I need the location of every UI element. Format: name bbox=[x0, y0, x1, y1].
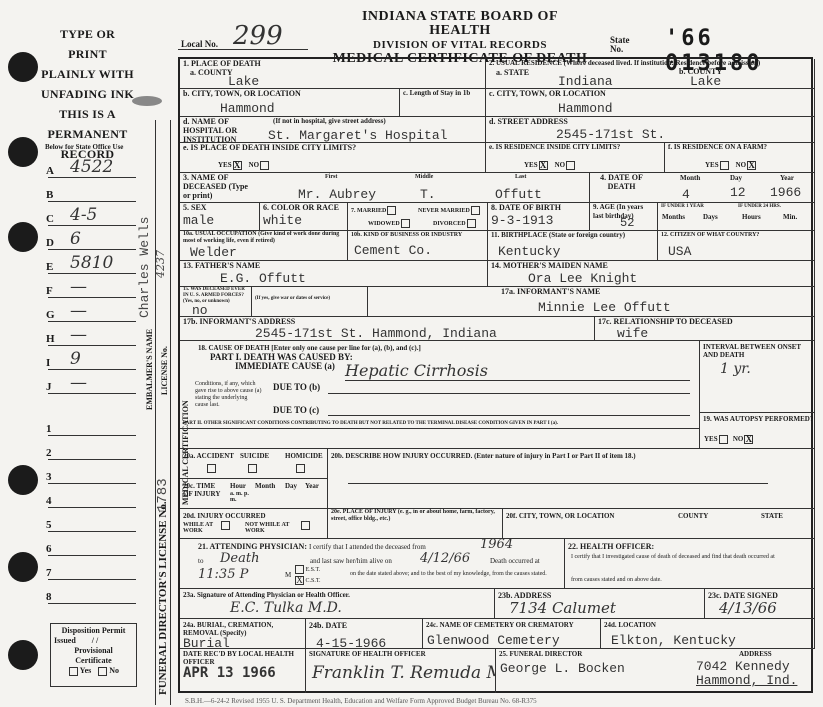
stub-divider bbox=[155, 120, 156, 705]
health-officer-signature-value: Franklin T. Remuda M.D. bbox=[312, 663, 496, 683]
stub-line-8[interactable]: 8 bbox=[48, 586, 136, 604]
date-received[interactable]: DATE REC'D BY LOCAL HEALTH OFFICER APR 1… bbox=[180, 649, 306, 693]
director-address-line1: 7042 Kennedy bbox=[696, 659, 790, 674]
occupation-value: Welder bbox=[190, 245, 237, 260]
accident-checkbox[interactable] bbox=[207, 464, 216, 473]
embalmer-license-label: LICENSE No. bbox=[160, 346, 169, 395]
homicide-checkbox[interactable] bbox=[296, 464, 305, 473]
due-to-b-line[interactable] bbox=[328, 393, 690, 394]
hospital-value: St. Margaret's Hospital bbox=[268, 128, 447, 143]
health-officer: 22. HEALTH OFFICER: I certify that I inv… bbox=[565, 539, 815, 589]
local-no-value: 299 bbox=[233, 21, 283, 51]
residence-city-value: Hammond bbox=[558, 101, 613, 116]
stub-line-g[interactable]: G— bbox=[48, 304, 136, 322]
embalmer-name-value: Charles Wells bbox=[137, 217, 152, 318]
informant-address[interactable]: 17b. INFORMANT'S ADDRESS 2545-171st St. … bbox=[180, 317, 595, 341]
cause-of-death: 18. CAUSE OF DEATH [Enter only one cause… bbox=[180, 341, 700, 429]
stub-line-e[interactable]: E5810 bbox=[48, 256, 136, 274]
industry-value: Cement Co. bbox=[354, 243, 432, 258]
age-value: 52 bbox=[620, 216, 634, 230]
last-saw-value[interactable]: 4/12/66 bbox=[420, 551, 470, 566]
residence-street[interactable]: d. STREET ADDRESS 2545-171st St. bbox=[486, 117, 815, 143]
instruction-line: UNFADING INK bbox=[40, 84, 135, 104]
divorced-checkbox[interactable] bbox=[467, 219, 476, 228]
issued-label: Issued bbox=[54, 636, 76, 645]
autopsy-yes-checkbox[interactable] bbox=[719, 435, 728, 444]
burial-method-value: Burial bbox=[183, 636, 230, 649]
death-day-value: 12 bbox=[730, 185, 746, 200]
issued-value[interactable]: / / bbox=[92, 636, 98, 645]
race-value: white bbox=[263, 213, 302, 228]
residence-state-value: Indiana bbox=[558, 74, 613, 89]
residence-state[interactable]: 2. USUAL RESIDENCE (Where deceased lived… bbox=[486, 59, 815, 89]
cemetery-value: Glenwood Cemetery bbox=[427, 633, 560, 648]
board-title: INDIANA STATE BOARD OF HEALTH bbox=[330, 10, 590, 38]
disposition-title: Disposition Permit bbox=[51, 626, 136, 636]
sex[interactable]: 5. SEX male bbox=[180, 203, 260, 231]
informant-name[interactable]: 17a. INFORMANT'S NAME Minnie Lee Offutt bbox=[368, 287, 815, 317]
stub-line-h[interactable]: H— bbox=[48, 328, 136, 346]
death-city-limits-yes-checkbox[interactable]: X bbox=[233, 161, 242, 170]
due-to-c-line[interactable] bbox=[328, 415, 690, 416]
death-certificate-form: 1. PLACE OF DEATH a. COUNTY Lake 2. USUA… bbox=[178, 57, 813, 693]
injury-type: 20a. ACCIDENT SUICIDE HOMICIDE bbox=[180, 449, 328, 479]
burial-date[interactable]: 24b. DATE 4-15-1966 bbox=[306, 619, 423, 649]
stub-line-j[interactable]: J— bbox=[48, 376, 136, 394]
local-no-label: Local No. bbox=[178, 40, 218, 49]
local-no: Local No. 299 bbox=[178, 28, 308, 50]
farm-yes-checkbox[interactable] bbox=[720, 161, 729, 170]
instruction-line: PLAINLY WITH bbox=[40, 64, 135, 84]
stub-line-2[interactable]: 2 bbox=[48, 442, 136, 460]
autopsy: 19. WAS AUTOPSY PERFORMED? YES NOX bbox=[700, 413, 815, 449]
residence-city[interactable]: c. CITY, TOWN, OR LOCATION Hammond bbox=[486, 89, 815, 117]
birthplace-value: Kentucky bbox=[498, 244, 560, 259]
provisional-yes-checkbox[interactable] bbox=[69, 667, 78, 676]
signature-value: E.C. Tulka M.D. bbox=[230, 600, 342, 616]
stub-line-4[interactable]: 4 bbox=[48, 490, 136, 508]
immediate-cause-value[interactable]: Hepatic Cirrhosis bbox=[345, 361, 690, 381]
death-year-value: 1966 bbox=[770, 185, 801, 200]
division-title: DIVISION OF VITAL RECORDS bbox=[330, 38, 590, 52]
punch-hole-icon bbox=[8, 465, 38, 495]
birthplace[interactable]: 11. BIRTHPLACE (State or foreign country… bbox=[488, 231, 658, 261]
father-value: E.G. Offutt bbox=[220, 271, 306, 286]
seal-icon bbox=[132, 96, 162, 106]
stub-line-a[interactable]: A4522 bbox=[48, 160, 136, 178]
state-no-label: State No. bbox=[610, 36, 640, 54]
director-address-line2: Hammond, Ind. bbox=[696, 673, 797, 688]
stub-line-i[interactable]: I9 bbox=[48, 352, 136, 370]
mother-value: Ora Lee Knight bbox=[528, 271, 637, 286]
instruction-line: THIS IS A bbox=[40, 104, 135, 124]
date-of-death[interactable]: 4. DATE OF DEATH Month Day Year 4 12 196… bbox=[590, 173, 815, 203]
burial-method[interactable]: 24a. BURIAL, CREMATION, REMOVAL (Specify… bbox=[180, 619, 306, 649]
injury-place[interactable]: 20e. PLACE OF INJURY (e. g., in or about… bbox=[328, 509, 503, 539]
citizenship[interactable]: 12. CITIZEN OF WHAT COUNTRY? USA bbox=[658, 231, 815, 261]
embalmer-license-value: 4237 bbox=[154, 250, 167, 278]
date-of-birth[interactable]: 8. DATE OF BIRTH 9-3-1913 bbox=[488, 203, 590, 231]
marital-status: 7. MARRIED NEVER MARRIED WIDOWED DIVORCE… bbox=[348, 203, 488, 231]
est-checkbox[interactable] bbox=[295, 565, 304, 574]
interval-value[interactable]: 1 yr. bbox=[720, 361, 751, 377]
death-month-value: 4 bbox=[682, 187, 690, 202]
attended-from-value[interactable]: 1964 bbox=[480, 539, 513, 552]
married-checkbox[interactable] bbox=[387, 206, 396, 215]
place-of-death-county[interactable]: 1. PLACE OF DEATH a. COUNTY Lake bbox=[180, 59, 486, 89]
age-under-one: IF UNDER 1 YEAR IF UNDER 24 HRS. Months … bbox=[658, 203, 815, 231]
father-name[interactable]: 13. FATHER'S NAME E.G. Offutt bbox=[180, 261, 488, 287]
last-name-value: Offutt bbox=[495, 187, 542, 202]
death-city-limits: e. IS PLACE OF DEATH INSIDE CITY LIMITS?… bbox=[180, 143, 486, 173]
punch-hole-icon bbox=[8, 552, 38, 582]
residence-city-limits-yes-checkbox[interactable]: X bbox=[539, 161, 548, 170]
punch-hole-icon bbox=[8, 137, 38, 167]
birth-value: 9-3-1913 bbox=[491, 213, 553, 228]
occupation[interactable]: 10a. USUAL OCCUPATION (Give kind of work… bbox=[180, 231, 348, 261]
stub-line-5[interactable]: 5 bbox=[48, 514, 136, 532]
provisional-no-checkbox[interactable] bbox=[98, 667, 107, 676]
stub-line-f[interactable]: F— bbox=[48, 280, 136, 298]
mother-maiden-name[interactable]: 14. MOTHER'S MAIDEN NAME Ora Lee Knight bbox=[488, 261, 815, 287]
hospital-name[interactable]: d. NAME OF HOSPITAL OR INSTITUTION (If n… bbox=[180, 117, 486, 143]
cemetery-location[interactable]: 24d. LOCATION Elkton, Kentucky bbox=[601, 619, 815, 649]
form-footer: S.B.H.—6-24-2 Revised 1955 U. S. Departm… bbox=[185, 697, 537, 705]
stub-line-3[interactable]: 3 bbox=[48, 466, 136, 484]
physician-address-value: 7134 Calumet bbox=[509, 599, 616, 617]
attending-physician: 21. ATTENDING PHYSICIAN: I certify that … bbox=[180, 539, 565, 589]
date-signed-value: 4/13/66 bbox=[719, 599, 777, 617]
attended-to-value[interactable]: Death bbox=[220, 551, 259, 566]
injury-time: 20c. TIME OF INJURY Hour a. m. p. m. Mon… bbox=[180, 479, 328, 509]
funeral-director-license-value: 1783 bbox=[155, 478, 171, 512]
instruction-line: PERMANENT bbox=[40, 124, 135, 144]
stub-line-b[interactable]: B bbox=[48, 184, 136, 202]
disposition-permit-box: Disposition Permit Issued / / Provisiona… bbox=[50, 623, 137, 687]
instruction-line: TYPE OR PRINT bbox=[40, 24, 135, 64]
sex-value: male bbox=[183, 213, 214, 228]
residence-city-limits: e. IS RESIDENCE INSIDE CITY LIMITS? YESX… bbox=[486, 143, 665, 173]
punch-hole-icon bbox=[8, 52, 38, 82]
stub-divider bbox=[170, 120, 171, 705]
funeral-director[interactable]: 25. FUNERAL DIRECTOR ADDRESS George L. B… bbox=[496, 649, 815, 693]
relationship[interactable]: 17c. RELATIONSHIP TO DECEASED wife bbox=[595, 317, 815, 341]
widowed-checkbox[interactable] bbox=[401, 219, 410, 228]
injury-location[interactable]: 20f. CITY, TOWN, OR LOCATION COUNTY STAT… bbox=[503, 509, 815, 539]
received-stamp: APR 13 1966 bbox=[183, 665, 276, 681]
armed-forces[interactable]: 15. WAS DECEASED EVER IN U. S. ARMED FOR… bbox=[180, 287, 252, 317]
interval-onset-death: INTERVAL BETWEEN ONSET AND DEATH 1 yr. bbox=[700, 341, 815, 413]
armed-forces-dates[interactable]: (If yes, give war or dates of service) bbox=[252, 287, 368, 317]
stub-line-d[interactable]: D6 bbox=[48, 232, 136, 250]
physician-address[interactable]: 23b. ADDRESS 7134 Calumet bbox=[495, 589, 705, 619]
physician-signature[interactable]: 23a. Signature of Attending Physician or… bbox=[180, 589, 495, 619]
farm-no-checkbox[interactable]: X bbox=[747, 161, 756, 170]
not-while-at-work-checkbox[interactable] bbox=[301, 521, 310, 530]
while-at-work-checkbox[interactable] bbox=[221, 521, 230, 530]
punch-hole-icon bbox=[8, 222, 38, 252]
stub-line-6[interactable]: 6 bbox=[48, 538, 136, 556]
death-city-limits-no-checkbox[interactable] bbox=[260, 161, 269, 170]
injury-at-work: 20d. INJURY OCCURRED WHILE AT WORK NOT W… bbox=[180, 509, 328, 539]
residence-city-limits-no-checkbox[interactable] bbox=[566, 161, 575, 170]
punch-hole-icon bbox=[8, 640, 38, 670]
informant-value: Minnie Lee Offutt bbox=[538, 300, 671, 315]
residence-county-value: Lake bbox=[690, 74, 721, 89]
autopsy-no-checkbox[interactable]: X bbox=[744, 435, 753, 444]
burial-date-value: 4-15-1966 bbox=[316, 636, 386, 649]
certificate-label: Certificate bbox=[51, 656, 136, 666]
race[interactable]: 6. COLOR OR RACE white bbox=[260, 203, 348, 231]
cemetery-name[interactable]: 24c. NAME OF CEMETERY OR CREMATORY Glenw… bbox=[423, 619, 601, 649]
residence-farm: f. IS RESIDENCE ON A FARM? YES NOX bbox=[665, 143, 815, 173]
funeral-director-value: George L. Bocken bbox=[500, 661, 625, 676]
never-married-checkbox[interactable] bbox=[471, 206, 480, 215]
relationship-value: wife bbox=[617, 326, 648, 341]
death-time-value[interactable]: 11:35 P bbox=[198, 567, 248, 582]
deceased-name[interactable]: 3. NAME OF DECEASED (Type or print) Firs… bbox=[180, 173, 590, 203]
provisional-label: Provisional bbox=[51, 646, 136, 656]
state-office-label: Below for State Office Use bbox=[45, 143, 123, 151]
middle-name-value: T. bbox=[420, 187, 436, 202]
injury-description[interactable]: 20b. DESCRIBE HOW INJURY OCCURRED. (Ente… bbox=[328, 449, 815, 509]
stub-line-7[interactable]: 7 bbox=[48, 562, 136, 580]
death-city-value: Hammond bbox=[220, 101, 275, 116]
length-of-stay[interactable]: c. Length of Stay in 1b bbox=[400, 89, 486, 117]
cst-checkbox[interactable]: X bbox=[295, 576, 304, 585]
funeral-director-license-label: FUNERAL DIRECTOR'S LICENSE No. bbox=[157, 501, 169, 695]
stub-line-1[interactable]: 1 bbox=[48, 418, 136, 436]
embalmer-name-label: EMBALMER'S NAME bbox=[145, 329, 154, 410]
residence-street-value: 2545-171st St. bbox=[556, 127, 665, 142]
age[interactable]: 9. AGE (In years last birthday) 52 bbox=[590, 203, 658, 231]
citizen-value: USA bbox=[668, 244, 691, 259]
industry[interactable]: 10b. KIND OF BUSINESS OR INDUSTRY Cement… bbox=[348, 231, 488, 261]
health-officer-signature[interactable]: SIGNATURE OF HEALTH OFFICER Franklin T. … bbox=[306, 649, 496, 693]
informant-address-value: 2545-171st St. Hammond, Indiana bbox=[255, 326, 497, 341]
cemetery-location-value: Elkton, Kentucky bbox=[611, 633, 736, 648]
place-of-death-city[interactable]: b. CITY, TOWN, OR LOCATION Hammond bbox=[180, 89, 400, 117]
first-name-value: Mr. Aubrey bbox=[298, 187, 376, 202]
date-signed[interactable]: 23c. DATE SIGNED 4/13/66 bbox=[705, 589, 815, 619]
stub-line-c[interactable]: C4-5 bbox=[48, 208, 136, 226]
suicide-checkbox[interactable] bbox=[248, 464, 257, 473]
armed-value: no bbox=[192, 303, 208, 317]
death-county-value: Lake bbox=[228, 74, 259, 89]
part2-conditions[interactable] bbox=[180, 429, 700, 449]
